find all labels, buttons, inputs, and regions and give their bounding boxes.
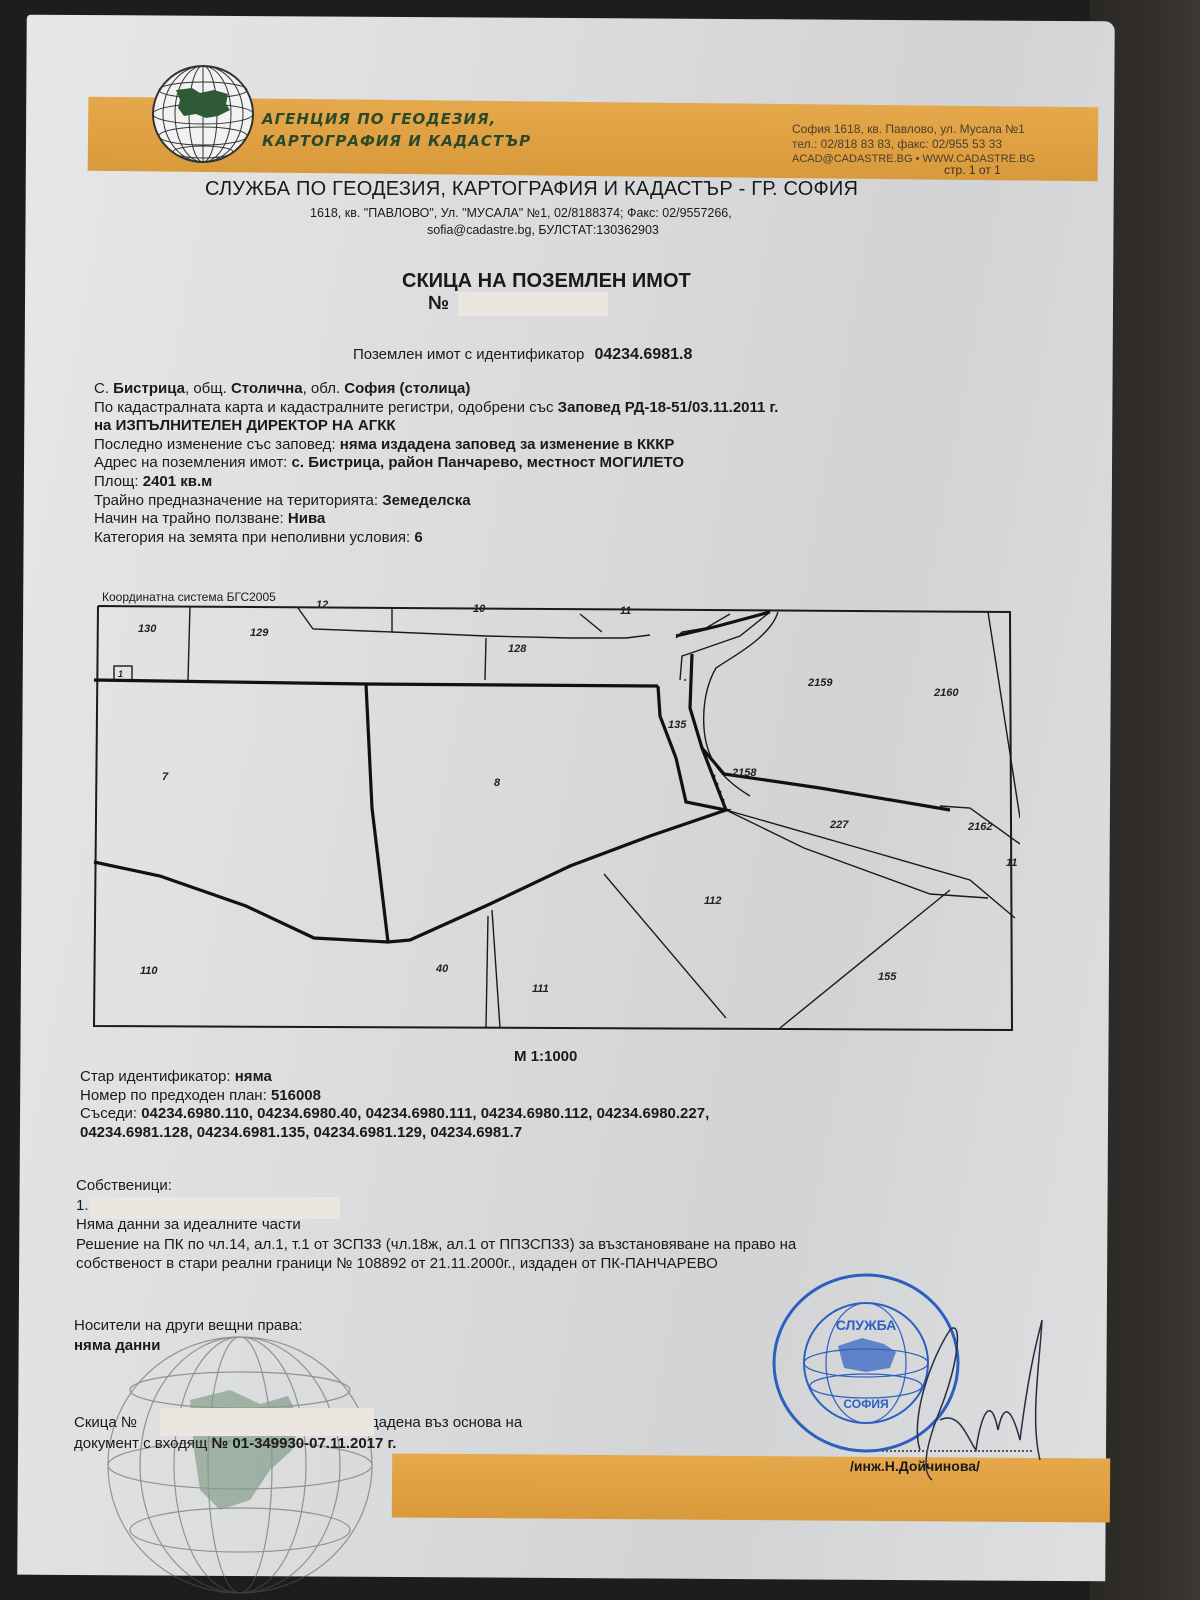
location-line: С. Бистрица, общ. Столична, обл. София (… <box>94 380 778 399</box>
category-value: 6 <box>414 529 422 546</box>
redacted-document-number <box>458 292 608 316</box>
parcel-label-129: 129 <box>250 627 269 639</box>
usage-line: Начин на трайно ползване: Нива <box>94 510 778 529</box>
category-line: Категория на земята при неполивни услови… <box>94 529 778 548</box>
parcel-info: С. Бистрица, общ. Столична, обл. София (… <box>94 380 778 547</box>
parcel-details: Стар идентификатор: няма Номер по предхо… <box>80 1068 709 1142</box>
document-title: СКИЦА НА ПОЗЕМЛЕН ИМОТ <box>402 270 691 293</box>
address-label: Адрес на поземления имот: <box>94 454 292 471</box>
agency-globe-logo-icon <box>148 60 258 168</box>
approval-order: Заповед РД-18-51/03.11.2011 г. <box>558 399 779 416</box>
area-line: Площ: 2401 кв.м <box>94 473 778 492</box>
parcel-label-7: 7 <box>162 771 169 783</box>
parcel-label-11: 11 <box>620 605 631 617</box>
cadastral-map: 130 129 12 10 11 128 1 135 2159 2160 215… <box>90 598 1020 1048</box>
contact-phone: тел.: 02/818 83 83, факс: 02/955 53 33 <box>792 137 1035 152</box>
last-change-label: Последно изменение със заповед: <box>94 436 340 453</box>
parcel-label-227: 227 <box>829 819 849 831</box>
parcel-label-8: 8 <box>494 777 501 789</box>
neighbors-line: Съседи: 04234.6980.110, 04234.6980.40, 0… <box>80 1105 709 1124</box>
purpose-line: Трайно предназначение на територията: Зе… <box>94 492 778 511</box>
contact-address: София 1618, кв. Павлово, ул. Мусала №1 <box>792 122 1035 137</box>
last-change-line: Последно изменение със заповед: няма изд… <box>94 436 778 455</box>
document-ref-line: документ с входящ № 01-349930-07.11.2017… <box>74 1433 522 1454</box>
parcel-label-2159: 2159 <box>807 677 833 689</box>
municipality: Столична <box>231 380 303 397</box>
owner-decision-2: собственост в стари реални граници № 108… <box>76 1254 796 1274</box>
purpose-label: Трайно предназначение на територията: <box>94 492 382 509</box>
parcel-label-40: 40 <box>435 963 449 975</box>
neighbors-list-2: 04234.6981.128, 04234.6981.135, 04234.69… <box>80 1124 709 1143</box>
service-email-bulstat: sofia@cadastre.bg, БУЛСТАТ:130362903 <box>427 223 659 237</box>
service-address: 1618, кв. "ПАВЛОВО", Ул. "МУСАЛА" №1, 02… <box>310 206 732 220</box>
old-identifier-value: няма <box>235 1068 272 1085</box>
issued-prefix: Скица № <box>74 1414 137 1431</box>
document-ref-label: документ с входящ <box>74 1435 212 1452</box>
agency-name-line2: КАРТОГРАФИЯ И КАДАСТЪР <box>262 130 531 152</box>
map-scale: М 1:1000 <box>514 1048 577 1065</box>
parcel-label-110: 110 <box>140 965 158 977</box>
purpose-value: Земеделска <box>382 492 470 509</box>
approval-authority: на ИЗПЪЛНИТЕЛЕН ДИРЕКТОР НА АГКК <box>94 417 778 436</box>
area-value: 2401 кв.м <box>143 473 213 490</box>
village: Бистрица <box>113 380 185 397</box>
parcel-identifier-line: Поземлен имот с идентификатор 04234.6981… <box>353 346 692 364</box>
old-identifier-line: Стар идентификатор: няма <box>80 1068 709 1087</box>
previous-plan-line: Номер по предходен план: 516008 <box>80 1087 709 1106</box>
redacted-owner-name <box>90 1197 340 1219</box>
region: София (столица) <box>344 380 470 397</box>
owner-decision-1: Решение на ПК по чл.14, ал.1, т.1 от ЗСП… <box>76 1235 796 1255</box>
owners-label: Собственици: <box>76 1176 796 1196</box>
approval-text: По кадастралната карта и кадастралните р… <box>94 399 558 416</box>
agency-contact: София 1618, кв. Павлово, ул. Мусала №1 т… <box>792 122 1035 167</box>
municipality-label: , общ. <box>185 380 231 397</box>
old-identifier-label: Стар идентификатор: <box>80 1068 235 1085</box>
neighbors-list-1: 04234.6980.110, 04234.6980.40, 04234.698… <box>141 1105 709 1122</box>
previous-plan-value: 516008 <box>271 1087 321 1104</box>
owners-section: Собственици: 1. Няма данни за идеалните … <box>76 1176 796 1274</box>
parcel-label-2158: 2158 <box>731 767 757 779</box>
parcel-identifier: 04234.6981.8 <box>594 346 692 363</box>
parcel-label-10: 10 <box>473 603 486 615</box>
parcel-label-2162: 2162 <box>967 821 992 833</box>
agency-name-line1: АГЕНЦИЯ ПО ГЕОДЕЗИЯ, <box>262 108 531 130</box>
usage-label: Начин на трайно ползване: <box>94 510 288 527</box>
parcel-label-130: 130 <box>138 623 157 635</box>
parcel-label-111: 111 <box>532 983 549 995</box>
signer-name: /инж.Н.Дойчинова/ <box>850 1458 980 1474</box>
parcel-label-155: 155 <box>878 971 897 983</box>
page-reference: стр. 1 от 1 <box>944 163 1001 177</box>
watermark-globe-icon <box>100 1330 380 1600</box>
document-ref-number: № 01-349930-07.11.2017 г. <box>212 1435 397 1452</box>
usage-value: Нива <box>288 510 325 527</box>
issued-suffix: издадена въз основа на <box>355 1414 522 1431</box>
parcel-label-12: 12 <box>316 599 328 611</box>
parcel-label-1: 1 <box>118 669 123 679</box>
neighbors-label: Съседи: <box>80 1105 141 1122</box>
area-label: Площ: <box>94 473 143 490</box>
approval-line: По кадастралната карта и кадастралните р… <box>94 399 778 418</box>
location-prefix: С. <box>94 380 113 397</box>
parcel-label-2160: 2160 <box>933 687 959 699</box>
parcel-label-135: 135 <box>668 719 687 731</box>
category-label: Категория на земята при неполивни услови… <box>94 529 414 546</box>
redacted-sketch-number <box>160 1408 374 1436</box>
agency-name: АГЕНЦИЯ ПО ГЕОДЕЗИЯ, КАРТОГРАФИЯ И КАДАС… <box>262 108 531 152</box>
parcel-label-112: 112 <box>704 895 722 907</box>
document-number-label: № <box>428 293 449 315</box>
parcel-label-128: 128 <box>508 643 527 655</box>
previous-plan-label: Номер по предходен план: <box>80 1087 271 1104</box>
signature-dotted-line <box>882 1450 1032 1452</box>
address-line: Адрес на поземления имот: с. Бистрица, р… <box>94 454 778 473</box>
region-label: , обл. <box>303 380 345 397</box>
address-value: с. Бистрица, район Панчарево, местност М… <box>292 454 684 471</box>
identifier-label: Поземлен имот с идентификатор <box>353 346 584 363</box>
service-title: СЛУЖБА ПО ГЕОДЕЗИЯ, КАРТОГРАФИЯ И КАДАСТ… <box>205 178 858 201</box>
parcel-label-11-east: 11 <box>1006 857 1017 869</box>
last-change-value: няма издадена заповед за изменение в ККК… <box>340 436 675 453</box>
